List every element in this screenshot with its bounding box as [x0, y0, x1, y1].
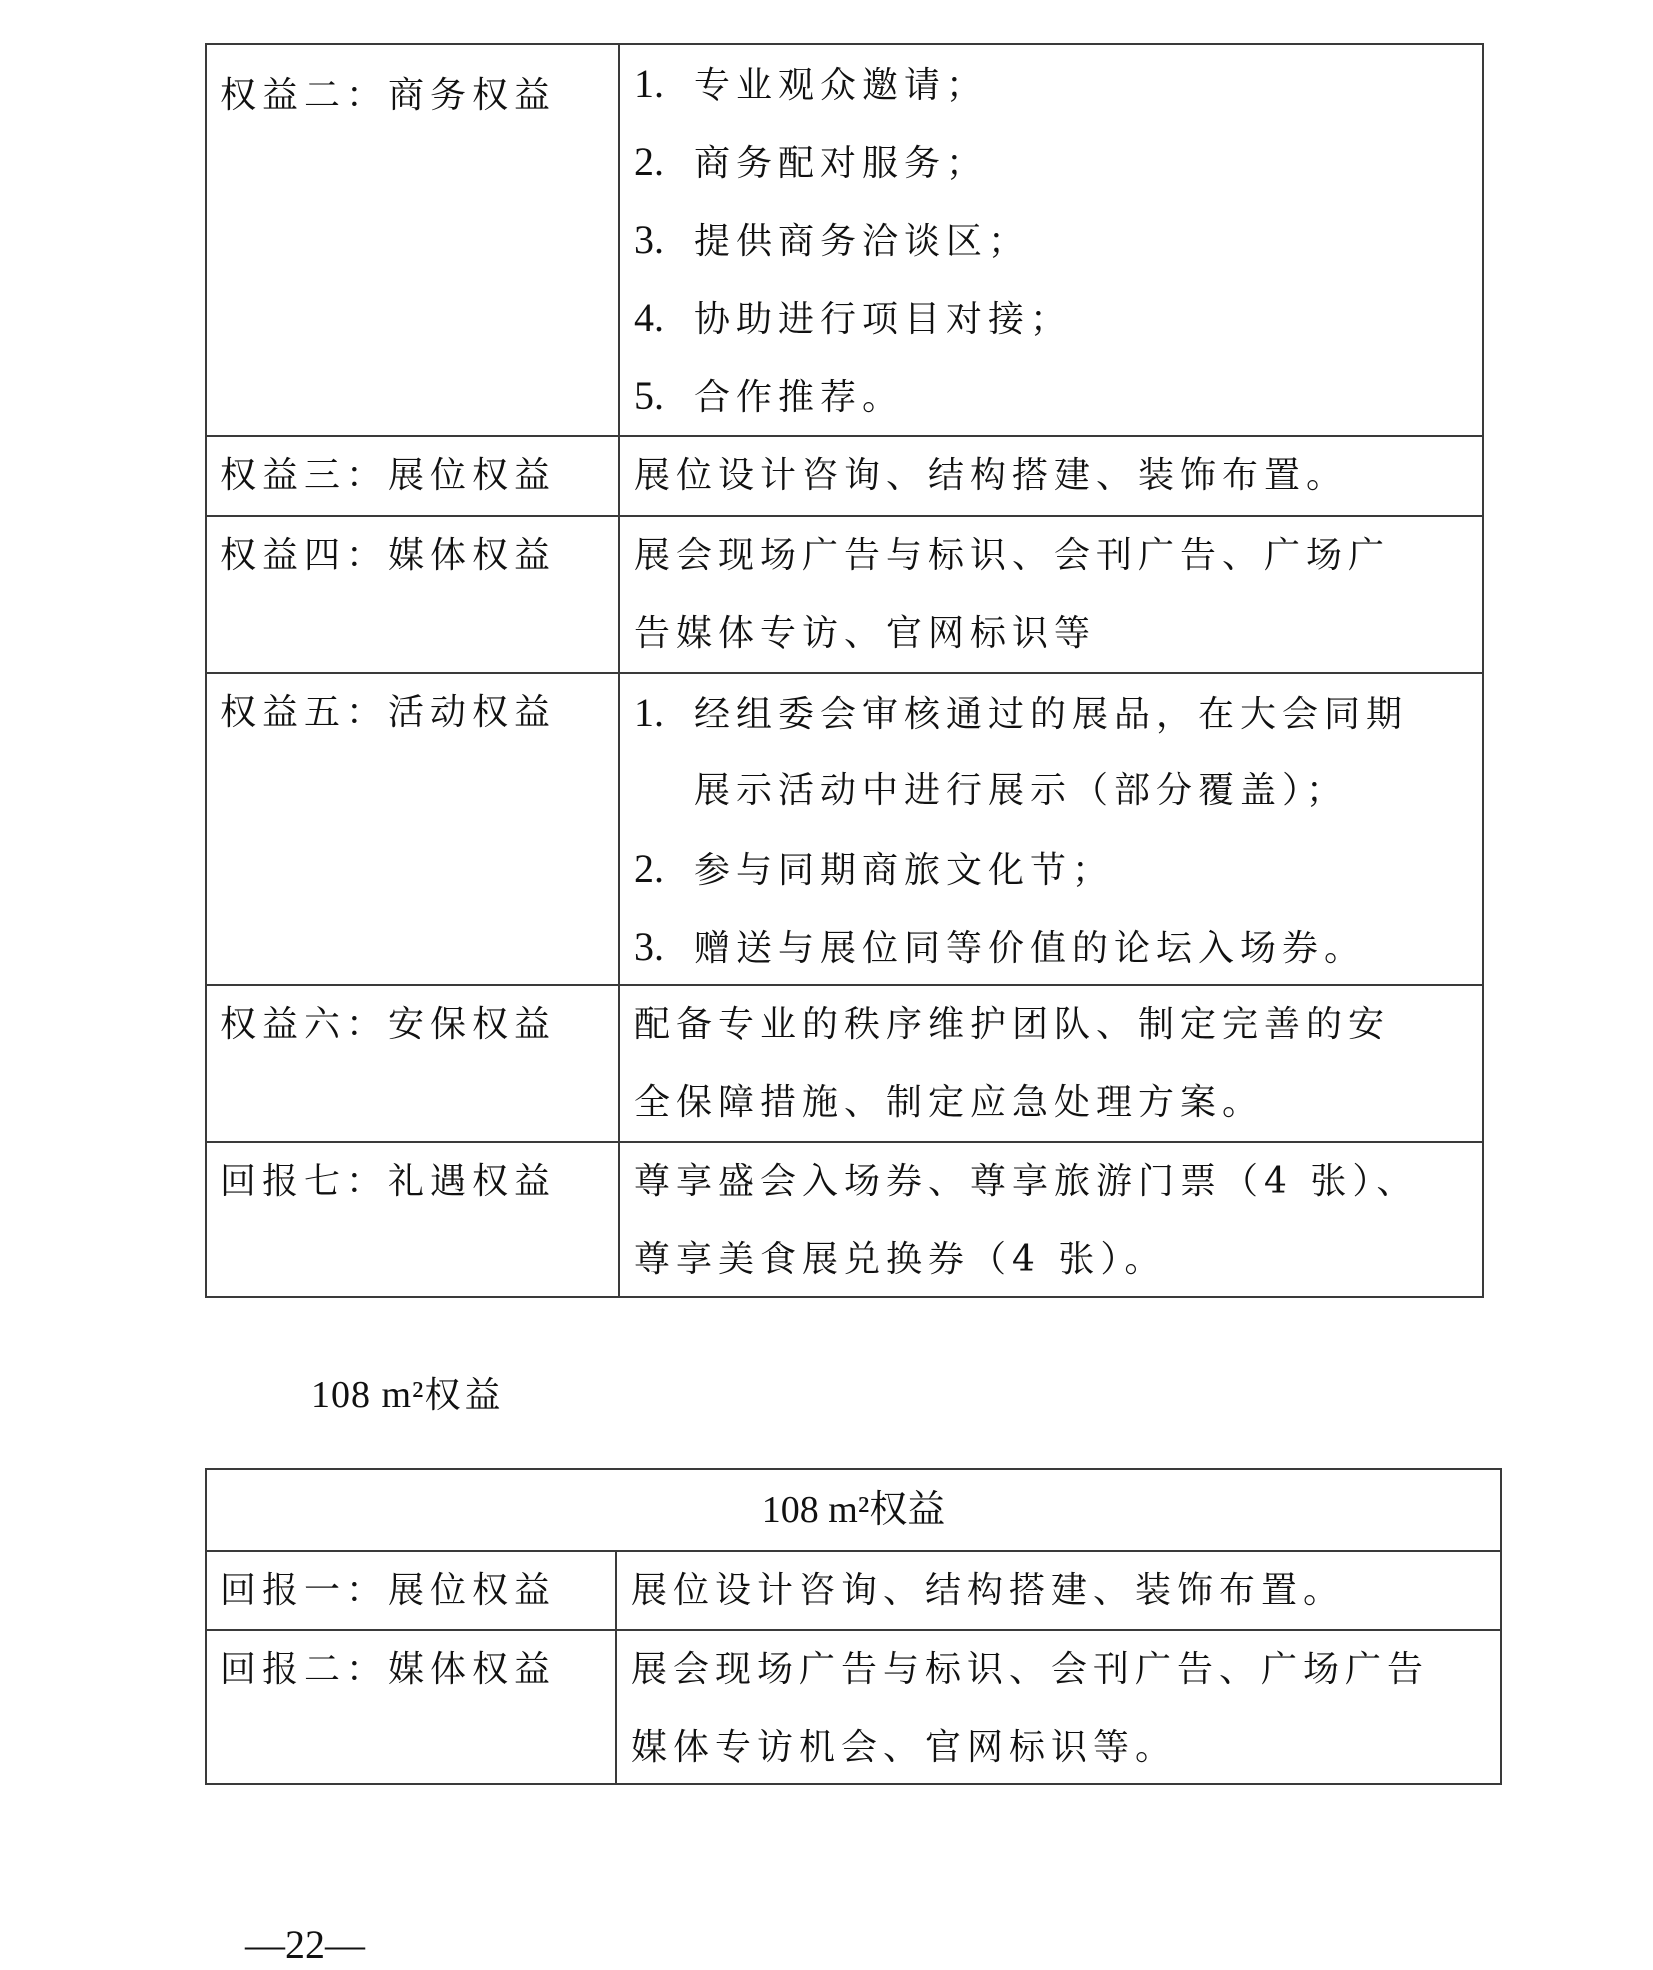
row-content-line: 全保障措施、制定应急处理方案。	[634, 1064, 1264, 1142]
row-label: 权益四：媒体权益	[220, 517, 556, 595]
row-label-cell: 权益五：活动权益	[207, 674, 618, 984]
benefits-table-continued: 权益二：商务权益 1.专业观众邀请； 2.商务配对服务； 3.提供商务洽谈区； …	[205, 43, 1484, 1298]
row-label-cell: 权益二：商务权益	[207, 45, 618, 435]
table-row-booth: 权益三：展位权益 展位设计咨询、结构搭建、装饰布置。	[207, 435, 1482, 515]
list-item: 2.商务配对服务；	[634, 123, 988, 201]
caption-size: 108 m²	[311, 1374, 424, 1416]
table-row-courtesy: 回报七：礼遇权益 尊享盛会入场券、尊享旅游门票（4 张）、 尊享美食展兑换券（4…	[207, 1141, 1482, 1298]
section-caption: 108 m²权益	[311, 1360, 504, 1431]
row-content-cell: 展位设计咨询、结构搭建、装饰布置。	[615, 1552, 1500, 1629]
list-item-continuation: 展示活动中进行展示（部分覆盖）；	[694, 752, 1348, 830]
table-header-row: 108 m²权益	[207, 1470, 1500, 1550]
row-content-line: 配备专业的秩序维护团队、制定完善的安	[634, 986, 1390, 1064]
row-content-line: 尊享美食展兑换券（4 张）。	[634, 1221, 1166, 1299]
row-content-cell: 尊享盛会入场券、尊享旅游门票（4 张）、 尊享美食展兑换券（4 张）。	[618, 1143, 1482, 1298]
row-content-cell: 展位设计咨询、结构搭建、装饰布置。	[618, 437, 1482, 515]
row-label: 权益三：展位权益	[220, 437, 556, 515]
row-content-cell: 展会现场广告与标识、会刊广告、广场广 告媒体专访、官网标识等	[618, 517, 1482, 672]
row-label-cell: 回报一：展位权益	[207, 1552, 615, 1629]
row-label-cell: 权益六：安保权益	[207, 986, 618, 1141]
row-content-line: 展会现场广告与标识、会刊广告、广场广告	[631, 1631, 1429, 1709]
list-item: 1.经组委会审核通过的展品，在大会同期	[634, 674, 1408, 752]
row-content-cell: 1.专业观众邀请； 2.商务配对服务； 3.提供商务洽谈区； 4.协助进行项目对…	[618, 45, 1482, 435]
list-item: 1.专业观众邀请；	[634, 45, 988, 123]
row-label-cell: 权益四：媒体权益	[207, 517, 618, 672]
row-content-line: 尊享盛会入场券、尊享旅游门票（4 张）、	[634, 1143, 1418, 1221]
row-content-cell: 配备专业的秩序维护团队、制定完善的安 全保障措施、制定应急处理方案。	[618, 986, 1482, 1141]
row-label-cell: 权益三：展位权益	[207, 437, 618, 515]
row-label: 回报二：媒体权益	[220, 1631, 556, 1709]
list-item: 5.合作推荐。	[634, 357, 904, 435]
caption-label: 权益	[424, 1375, 504, 1416]
page-number: —22—	[245, 1915, 365, 1970]
row-label: 权益二：商务权益	[220, 57, 556, 135]
table-row-booth: 回报一：展位权益 展位设计咨询、结构搭建、装饰布置。	[207, 1550, 1500, 1629]
row-label: 回报一：展位权益	[220, 1552, 556, 1630]
list-item: 4.协助进行项目对接；	[634, 279, 1072, 357]
row-content: 展位设计咨询、结构搭建、装饰布置。	[631, 1552, 1345, 1630]
row-label-cell: 回报七：礼遇权益	[207, 1143, 618, 1298]
table-header: 108 m²权益	[207, 1470, 1500, 1548]
row-label: 回报七：礼遇权益	[220, 1143, 556, 1221]
row-label-cell: 回报二：媒体权益	[207, 1631, 615, 1785]
row-content-cell: 展会现场广告与标识、会刊广告、广场广告 媒体专访机会、官网标识等。	[615, 1631, 1500, 1785]
table-row-media: 回报二：媒体权益 展会现场广告与标识、会刊广告、广场广告 媒体专访机会、官网标识…	[207, 1629, 1500, 1785]
list-item: 3.提供商务洽谈区；	[634, 201, 1030, 279]
row-content-line: 展会现场广告与标识、会刊广告、广场广	[634, 517, 1390, 595]
table-row-media: 权益四：媒体权益 展会现场广告与标识、会刊广告、广场广 告媒体专访、官网标识等	[207, 515, 1482, 672]
list-item: 2.参与同期商旅文化节；	[634, 830, 1114, 908]
table-row-business: 权益二：商务权益 1.专业观众邀请； 2.商务配对服务； 3.提供商务洽谈区； …	[207, 45, 1482, 435]
row-content-line: 告媒体专访、官网标识等	[634, 595, 1096, 673]
row-content: 展位设计咨询、结构搭建、装饰布置。	[634, 437, 1348, 515]
table-row-activity: 权益五：活动权益 1.经组委会审核通过的展品，在大会同期 展示活动中进行展示（部…	[207, 672, 1482, 984]
benefits-table-108sqm: 108 m²权益 回报一：展位权益 展位设计咨询、结构搭建、装饰布置。 回报二：…	[205, 1468, 1502, 1785]
table-row-security: 权益六：安保权益 配备专业的秩序维护团队、制定完善的安 全保障措施、制定应急处理…	[207, 984, 1482, 1141]
row-content-line: 媒体专访机会、官网标识等。	[631, 1709, 1177, 1787]
row-content-cell: 1.经组委会审核通过的展品，在大会同期 展示活动中进行展示（部分覆盖）； 2.参…	[618, 674, 1482, 984]
row-label: 权益六：安保权益	[220, 986, 556, 1064]
list-item: 3.赠送与展位同等价值的论坛入场券。	[634, 908, 1366, 986]
row-label: 权益五：活动权益	[220, 674, 556, 752]
